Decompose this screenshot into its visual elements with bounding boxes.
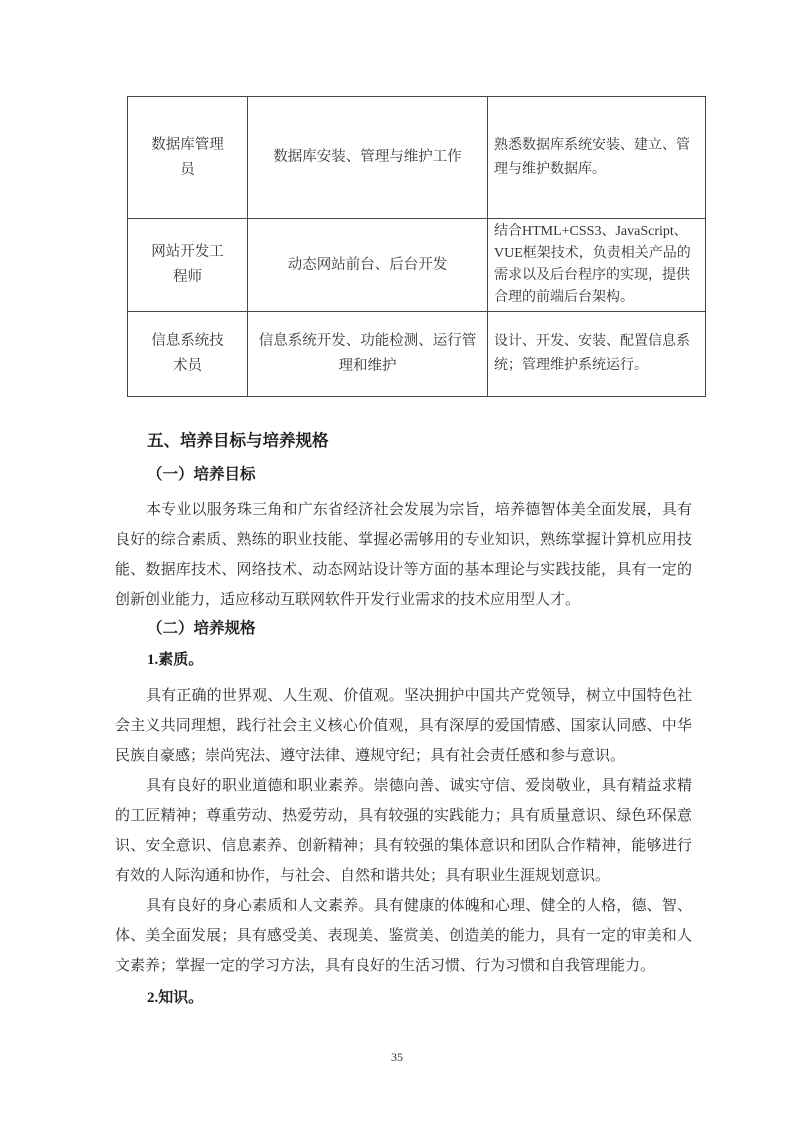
cell-requirement: 熟悉数据库系统安装、建立、管理与维护数据库。	[488, 97, 706, 219]
cell-position: 数据库管理员	[128, 97, 248, 219]
paragraph-quality-professional-ethics: 具有良好的职业道德和职业素养。崇德向善、诚实守信、爱岗敬业，具有精益求精的工匠精…	[115, 771, 692, 891]
table-row: 信息系统技术员 信息系统开发、功能检测、运行管理和维护 设计、开发、安装、配置信…	[128, 312, 706, 397]
item-heading-quality: 1.素质。	[147, 649, 692, 671]
document-page: 数据库管理员 数据库安装、管理与维护工作 熟悉数据库系统安装、建立、管理与维护数…	[0, 0, 794, 1123]
cell-requirement: 设计、开发、安装、配置信息系统；管理维护系统运行。	[488, 312, 706, 397]
paragraph-training-objective: 本专业以服务珠三角和广东省经济社会发展为宗旨，培养德智体美全面发展，具有良好的综…	[115, 495, 692, 615]
job-positions-table: 数据库管理员 数据库安装、管理与维护工作 熟悉数据库系统安装、建立、管理与维护数…	[127, 96, 706, 397]
item-heading-knowledge: 2.知识。	[147, 987, 692, 1009]
cell-requirement: 结合HTML+CSS3、JavaScript、VUE框架技术，负责相关产品的需求…	[488, 219, 706, 312]
paragraph-quality-values: 具有正确的世界观、人生观、价值观。坚决拥护中国共产党领导，树立中国特色社会主义共…	[115, 681, 692, 771]
cell-duty: 信息系统开发、功能检测、运行管理和维护	[248, 312, 488, 397]
table-row: 数据库管理员 数据库安装、管理与维护工作 熟悉数据库系统安装、建立、管理与维护数…	[128, 97, 706, 219]
table-row: 网站开发工程师 动态网站前台、后台开发 结合HTML+CSS3、JavaScri…	[128, 219, 706, 312]
cell-duty: 数据库安装、管理与维护工作	[248, 97, 488, 219]
cell-position: 网站开发工程师	[128, 219, 248, 312]
subsection-heading-specifications: （二）培养规格	[147, 617, 692, 641]
paragraph-quality-physical-humanistic: 具有良好的身心素质和人文素养。具有健康的体魄和心理、健全的人格，德、智、体、美全…	[115, 891, 692, 981]
page-number: 35	[0, 1050, 794, 1065]
subsection-heading-objectives: （一）培养目标	[147, 463, 692, 487]
cell-position: 信息系统技术员	[128, 312, 248, 397]
section-heading-training-goals: 五、培养目标与培养规格	[147, 429, 692, 453]
cell-duty: 动态网站前台、后台开发	[248, 219, 488, 312]
